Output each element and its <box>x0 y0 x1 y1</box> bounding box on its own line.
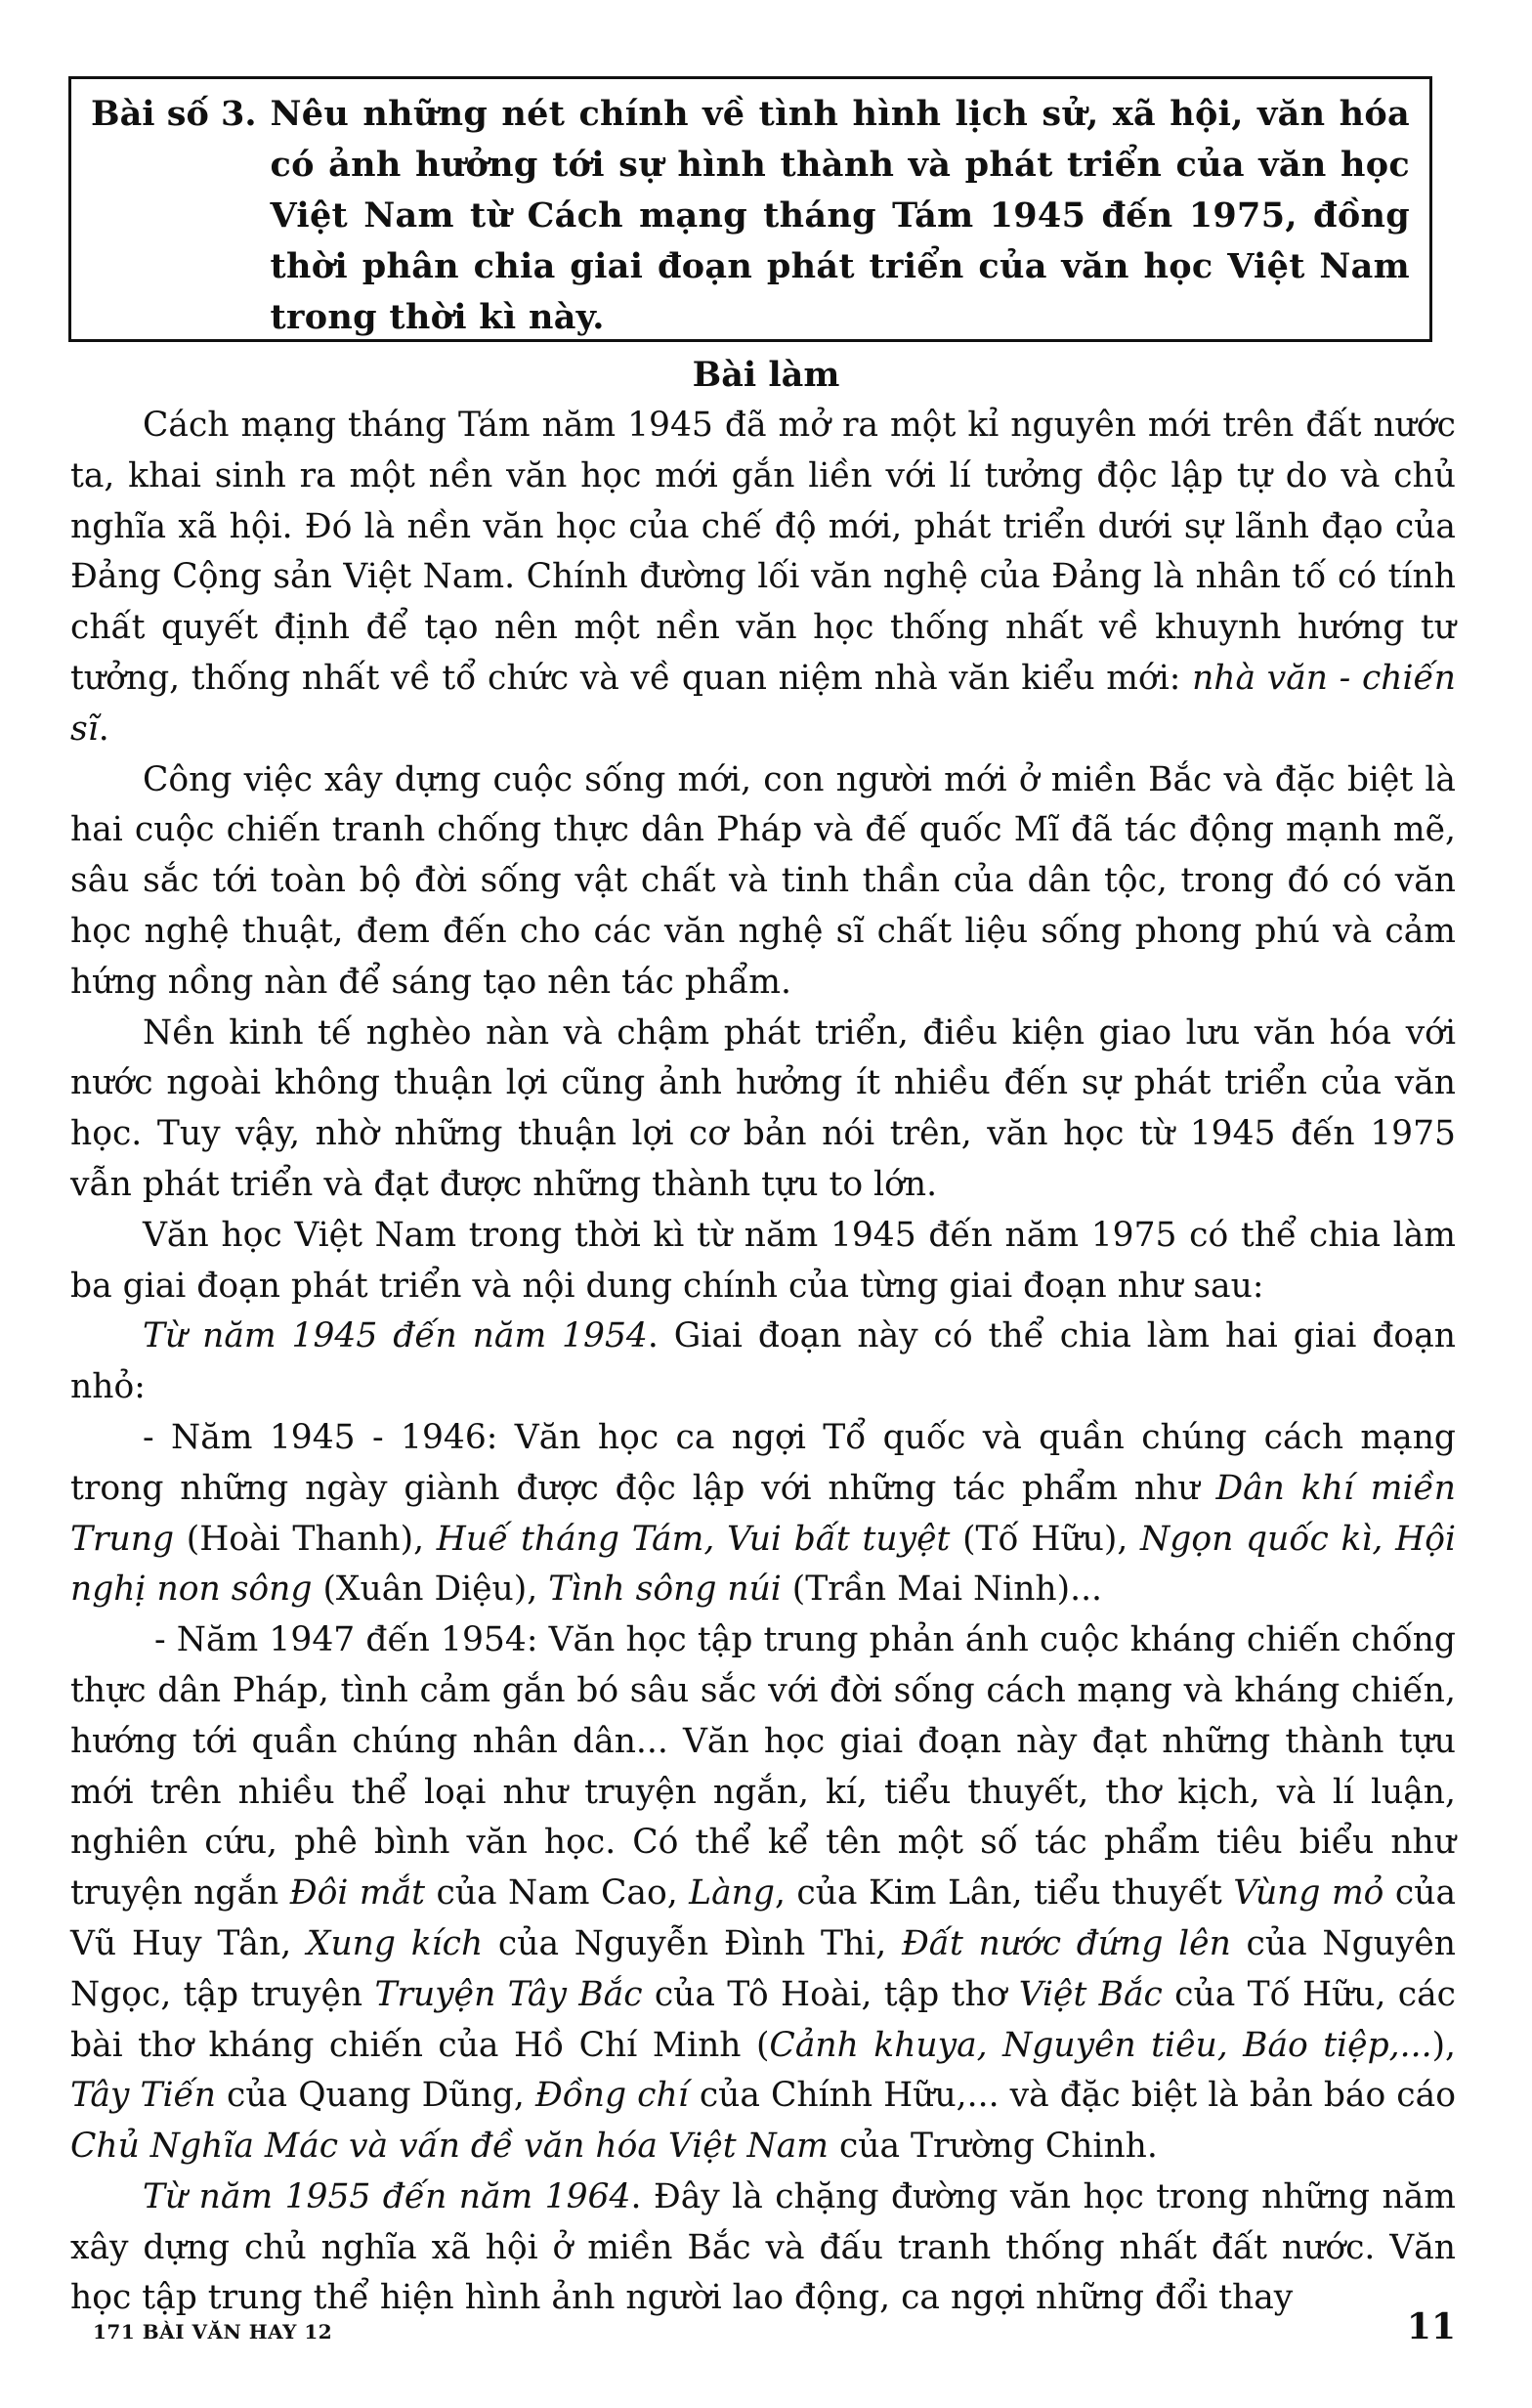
question-label: Bài số 3. <box>91 89 257 343</box>
period-title: Từ năm 1945 đến năm 1954 <box>143 1316 648 1355</box>
subperiod-1945-1946: - Năm 1945 - 1946: Văn học ca ngợi Tổ qu… <box>70 1413 1456 1615</box>
work-title: Làng <box>689 1873 775 1913</box>
work-title: Đôi mắt <box>290 1873 425 1913</box>
period-title: Từ năm 1955 đến năm 1964 <box>143 2177 630 2216</box>
work-title: Việt Bắc <box>1019 1975 1163 2014</box>
work-title: Huế tháng Tám, Vui bất tuyệt <box>437 1520 951 1559</box>
paragraph-4: Văn học Việt Nam trong thời kì từ năm 19… <box>70 1211 1456 1312</box>
page-footer: 171 BÀI VĂN HAY 12 11 <box>93 2306 1456 2347</box>
book-page: Bài số 3. Nêu những nét chính về tình hì… <box>0 0 1532 2408</box>
page-number: 11 <box>1407 2306 1456 2347</box>
work-title: Đất nước đứng lên <box>902 1924 1231 1963</box>
question-text: Nêu những nét chính về tình hình lịch sử… <box>271 89 1410 343</box>
answer-heading: Bài làm <box>0 352 1532 399</box>
question-box: Bài số 3. Nêu những nét chính về tình hì… <box>68 76 1432 342</box>
work-title: Tình sông núi <box>548 1569 782 1609</box>
work-title: Vùng mỏ <box>1233 1873 1383 1913</box>
work-title: Tây Tiến <box>70 2076 216 2115</box>
paragraph-1: Cách mạng tháng Tám năm 1945 đã mở ra mộ… <box>70 401 1456 755</box>
subperiod-1947-1954: - Năm 1947 đến 1954: Văn học tập trung p… <box>70 1615 1456 2172</box>
work-title: Cảnh khuya, Nguyên tiêu, Báo tiệp,... <box>769 2026 1431 2065</box>
period-1955-1964: Từ năm 1955 đến năm 1964. Đây là chặng đ… <box>70 2172 1456 2324</box>
book-title: 171 BÀI VĂN HAY 12 <box>93 2320 332 2343</box>
period-1945-1954: Từ năm 1945 đến năm 1954. Giai đoạn này … <box>70 1311 1456 1413</box>
paragraph-2: Công việc xây dựng cuộc sống mới, con ng… <box>70 755 1456 1009</box>
question: Bài số 3. Nêu những nét chính về tình hì… <box>91 89 1410 343</box>
work-title: Chủ Nghĩa Mác và vấn đề văn hóa Việt Nam <box>70 2127 829 2166</box>
answer-body: Cách mạng tháng Tám năm 1945 đã mở ra mộ… <box>70 401 1456 2324</box>
paragraph-3: Nền kinh tế nghèo nàn và chậm phát triển… <box>70 1009 1456 1211</box>
work-title: Đồng chí <box>535 2076 689 2115</box>
work-title: Xung kích <box>307 1924 483 1963</box>
work-title: Truyện Tây Bắc <box>374 1975 642 2014</box>
